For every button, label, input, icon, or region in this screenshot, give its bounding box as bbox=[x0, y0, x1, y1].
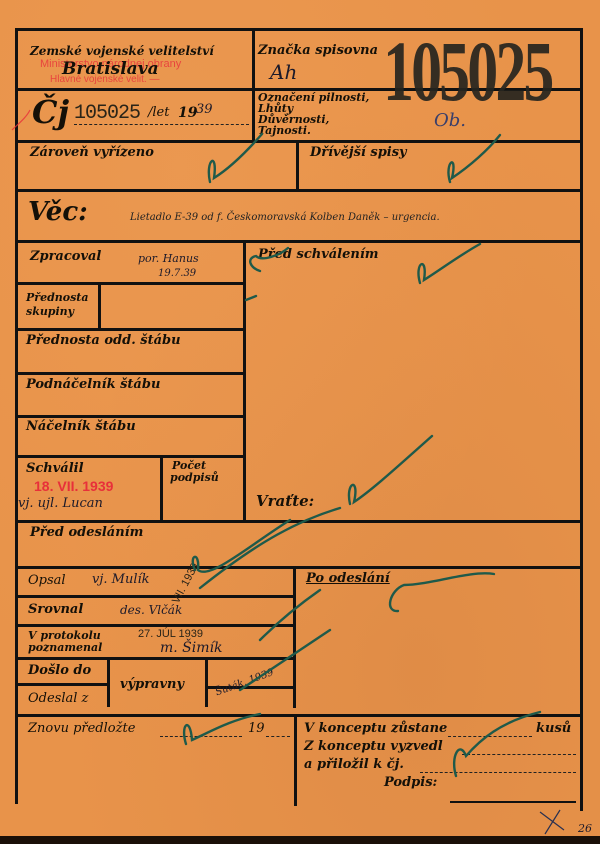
expedition-divider bbox=[205, 657, 208, 707]
classification-label-4: Tajnosti. bbox=[258, 125, 311, 136]
approved-divider bbox=[160, 455, 163, 522]
dept-head-label: Přednosta odd. štábu bbox=[26, 334, 181, 348]
chief-label: Náčelník štábu bbox=[26, 420, 136, 434]
cj-year-suffix: 39 bbox=[196, 102, 213, 117]
line-deputy bbox=[15, 415, 245, 418]
resubmit-dash-2 bbox=[266, 736, 290, 737]
processed-by-value: por. Hanus bbox=[138, 252, 199, 265]
protocol-date-stamp: 27. JÚL 1939 bbox=[138, 628, 203, 640]
expedition-label: výpravny bbox=[120, 678, 184, 692]
previous-files-label: Dřívější spisy bbox=[310, 146, 407, 160]
signatures-count-label-2: podpisů bbox=[170, 472, 219, 483]
after-sending-label: Po odeslání bbox=[306, 572, 390, 586]
cj-label: Čj bbox=[32, 96, 69, 128]
line-copied bbox=[15, 595, 295, 598]
before-approval-label: Před schválením bbox=[258, 248, 379, 262]
deputy-chief-label: Podnáčelník štábu bbox=[26, 378, 160, 392]
sent-label: Odeslal z bbox=[28, 692, 88, 706]
line-approved bbox=[15, 520, 583, 523]
also-settled-label: Zároveň vyřízeno bbox=[30, 146, 154, 160]
attached-label: a přiložil k čj. bbox=[304, 758, 404, 772]
expedition-signature: Šuták, 1939 bbox=[214, 667, 275, 698]
subject-value: Lietadlo E-39 od f. Českomoravská Kolben… bbox=[130, 212, 440, 223]
processed-by-date: 19.7.39 bbox=[158, 268, 196, 279]
arrived-label: Došlo do bbox=[28, 664, 91, 678]
line-protocol bbox=[15, 657, 295, 660]
file-number-stamp: 105025 bbox=[383, 28, 551, 114]
signature-label: Podpis: bbox=[384, 776, 437, 790]
authority-label: Zemské vojenské velitelství bbox=[30, 44, 214, 58]
footer-divider bbox=[294, 714, 297, 806]
return-label: Vraťte: bbox=[256, 494, 314, 508]
file-mark-label: Značka spisovna bbox=[258, 44, 378, 58]
arrived-divider bbox=[107, 657, 110, 707]
copies-suffix: kusů bbox=[536, 722, 571, 736]
line-compared bbox=[15, 624, 295, 627]
line-dispatch-bottom bbox=[15, 714, 583, 717]
copied-value: vj. Mulík bbox=[92, 572, 150, 587]
header-bottom-line bbox=[15, 140, 583, 143]
row2-bottom bbox=[15, 189, 583, 192]
cj-number: 105025 bbox=[74, 102, 140, 125]
document-page: 105025 Zemské vojenské velitelství Minis… bbox=[0, 0, 600, 836]
protocol-signature: m. Šimík bbox=[160, 640, 222, 656]
approved-signature: vj. ujl. Lucan bbox=[18, 496, 103, 511]
frame-right bbox=[580, 28, 583, 811]
approved-date-stamp: 18. VII. 1939 bbox=[34, 478, 113, 494]
resubmit-dash-1 bbox=[160, 736, 242, 737]
protocol-label-2: poznamenal bbox=[28, 642, 102, 653]
processed-by-label: Zpracoval bbox=[30, 250, 101, 264]
corner-note: 26 bbox=[578, 822, 592, 835]
approved-label: Schválil bbox=[26, 462, 84, 476]
subject-bottom bbox=[15, 240, 583, 243]
compared-label: Srovnal bbox=[28, 603, 83, 617]
group-head-label-1: Přednosta bbox=[26, 292, 89, 303]
before-sending-label: Před odesláním bbox=[30, 526, 143, 540]
copied-label: Opsal bbox=[28, 574, 66, 588]
cj-year: 19 bbox=[178, 106, 197, 120]
row2-divider bbox=[296, 140, 299, 190]
cj-dash-line bbox=[74, 124, 249, 125]
file-mark-value: Ah bbox=[270, 60, 297, 84]
line-arrived-left bbox=[15, 683, 109, 686]
resubmit-label: Znovu předložte bbox=[28, 722, 135, 736]
group-head-divider bbox=[98, 282, 101, 328]
compared-value: des. Vlčák bbox=[120, 603, 182, 617]
header-divider bbox=[252, 28, 255, 140]
attached-dash bbox=[420, 772, 576, 773]
cj-year-sep: /let bbox=[148, 106, 169, 120]
line-group bbox=[15, 328, 245, 331]
taken-dash bbox=[462, 754, 576, 755]
protocol-label-1: V protokolu bbox=[28, 630, 101, 641]
taken-label: Z konceptu vyzvedl bbox=[304, 740, 443, 754]
line-dept bbox=[15, 372, 245, 375]
copies-label: V konceptu zůstane bbox=[304, 722, 447, 736]
signatures-count-label-1: Počet bbox=[172, 460, 206, 471]
line-zpracoval bbox=[15, 282, 245, 285]
resubmit-year: 19 bbox=[248, 722, 265, 736]
classification-value: Ob. bbox=[434, 110, 466, 131]
group-head-label-2: skupiny bbox=[26, 306, 74, 317]
line-chief bbox=[15, 455, 245, 458]
line-before-sending bbox=[15, 566, 583, 569]
signature-line bbox=[450, 801, 576, 803]
copies-dash bbox=[448, 736, 532, 737]
authority-city: Bratislava bbox=[62, 62, 159, 76]
subject-label: Věc: bbox=[28, 198, 88, 226]
